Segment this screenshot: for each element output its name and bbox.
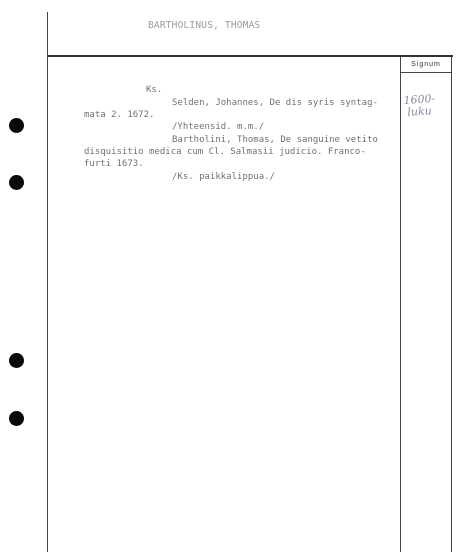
signum-hand-line: luku xyxy=(404,105,436,119)
entry-line: furti 1673. xyxy=(84,159,144,169)
entry-line: /Ks. paikkalippua./ xyxy=(172,172,275,182)
punch-hole xyxy=(9,118,24,133)
punch-hole xyxy=(9,175,24,190)
punch-hole xyxy=(9,353,24,368)
entry-line: mata 2. 1672. xyxy=(84,110,154,120)
entry-line: /Yhteensid. m.m./ xyxy=(172,122,264,132)
heading-rule xyxy=(47,55,453,57)
signum-column-divider xyxy=(400,56,401,552)
punch-hole xyxy=(9,411,24,426)
card-heading: BARTHOLINUS, THOMAS xyxy=(148,20,260,31)
entry-line: Bartholini, Thomas, De sanguine vetito xyxy=(172,135,378,145)
entry-line: disquisitio medica cum Cl. Salmasii judi… xyxy=(84,147,366,157)
signum-handwritten: 1600- luku xyxy=(403,93,436,119)
right-border-line xyxy=(451,56,452,552)
left-margin-line xyxy=(47,12,48,552)
entry-line: Selden, Johannes, De dis syris syntag- xyxy=(172,98,378,108)
entry-line: Ks. xyxy=(146,85,162,95)
signum-label: Signum xyxy=(401,57,451,73)
